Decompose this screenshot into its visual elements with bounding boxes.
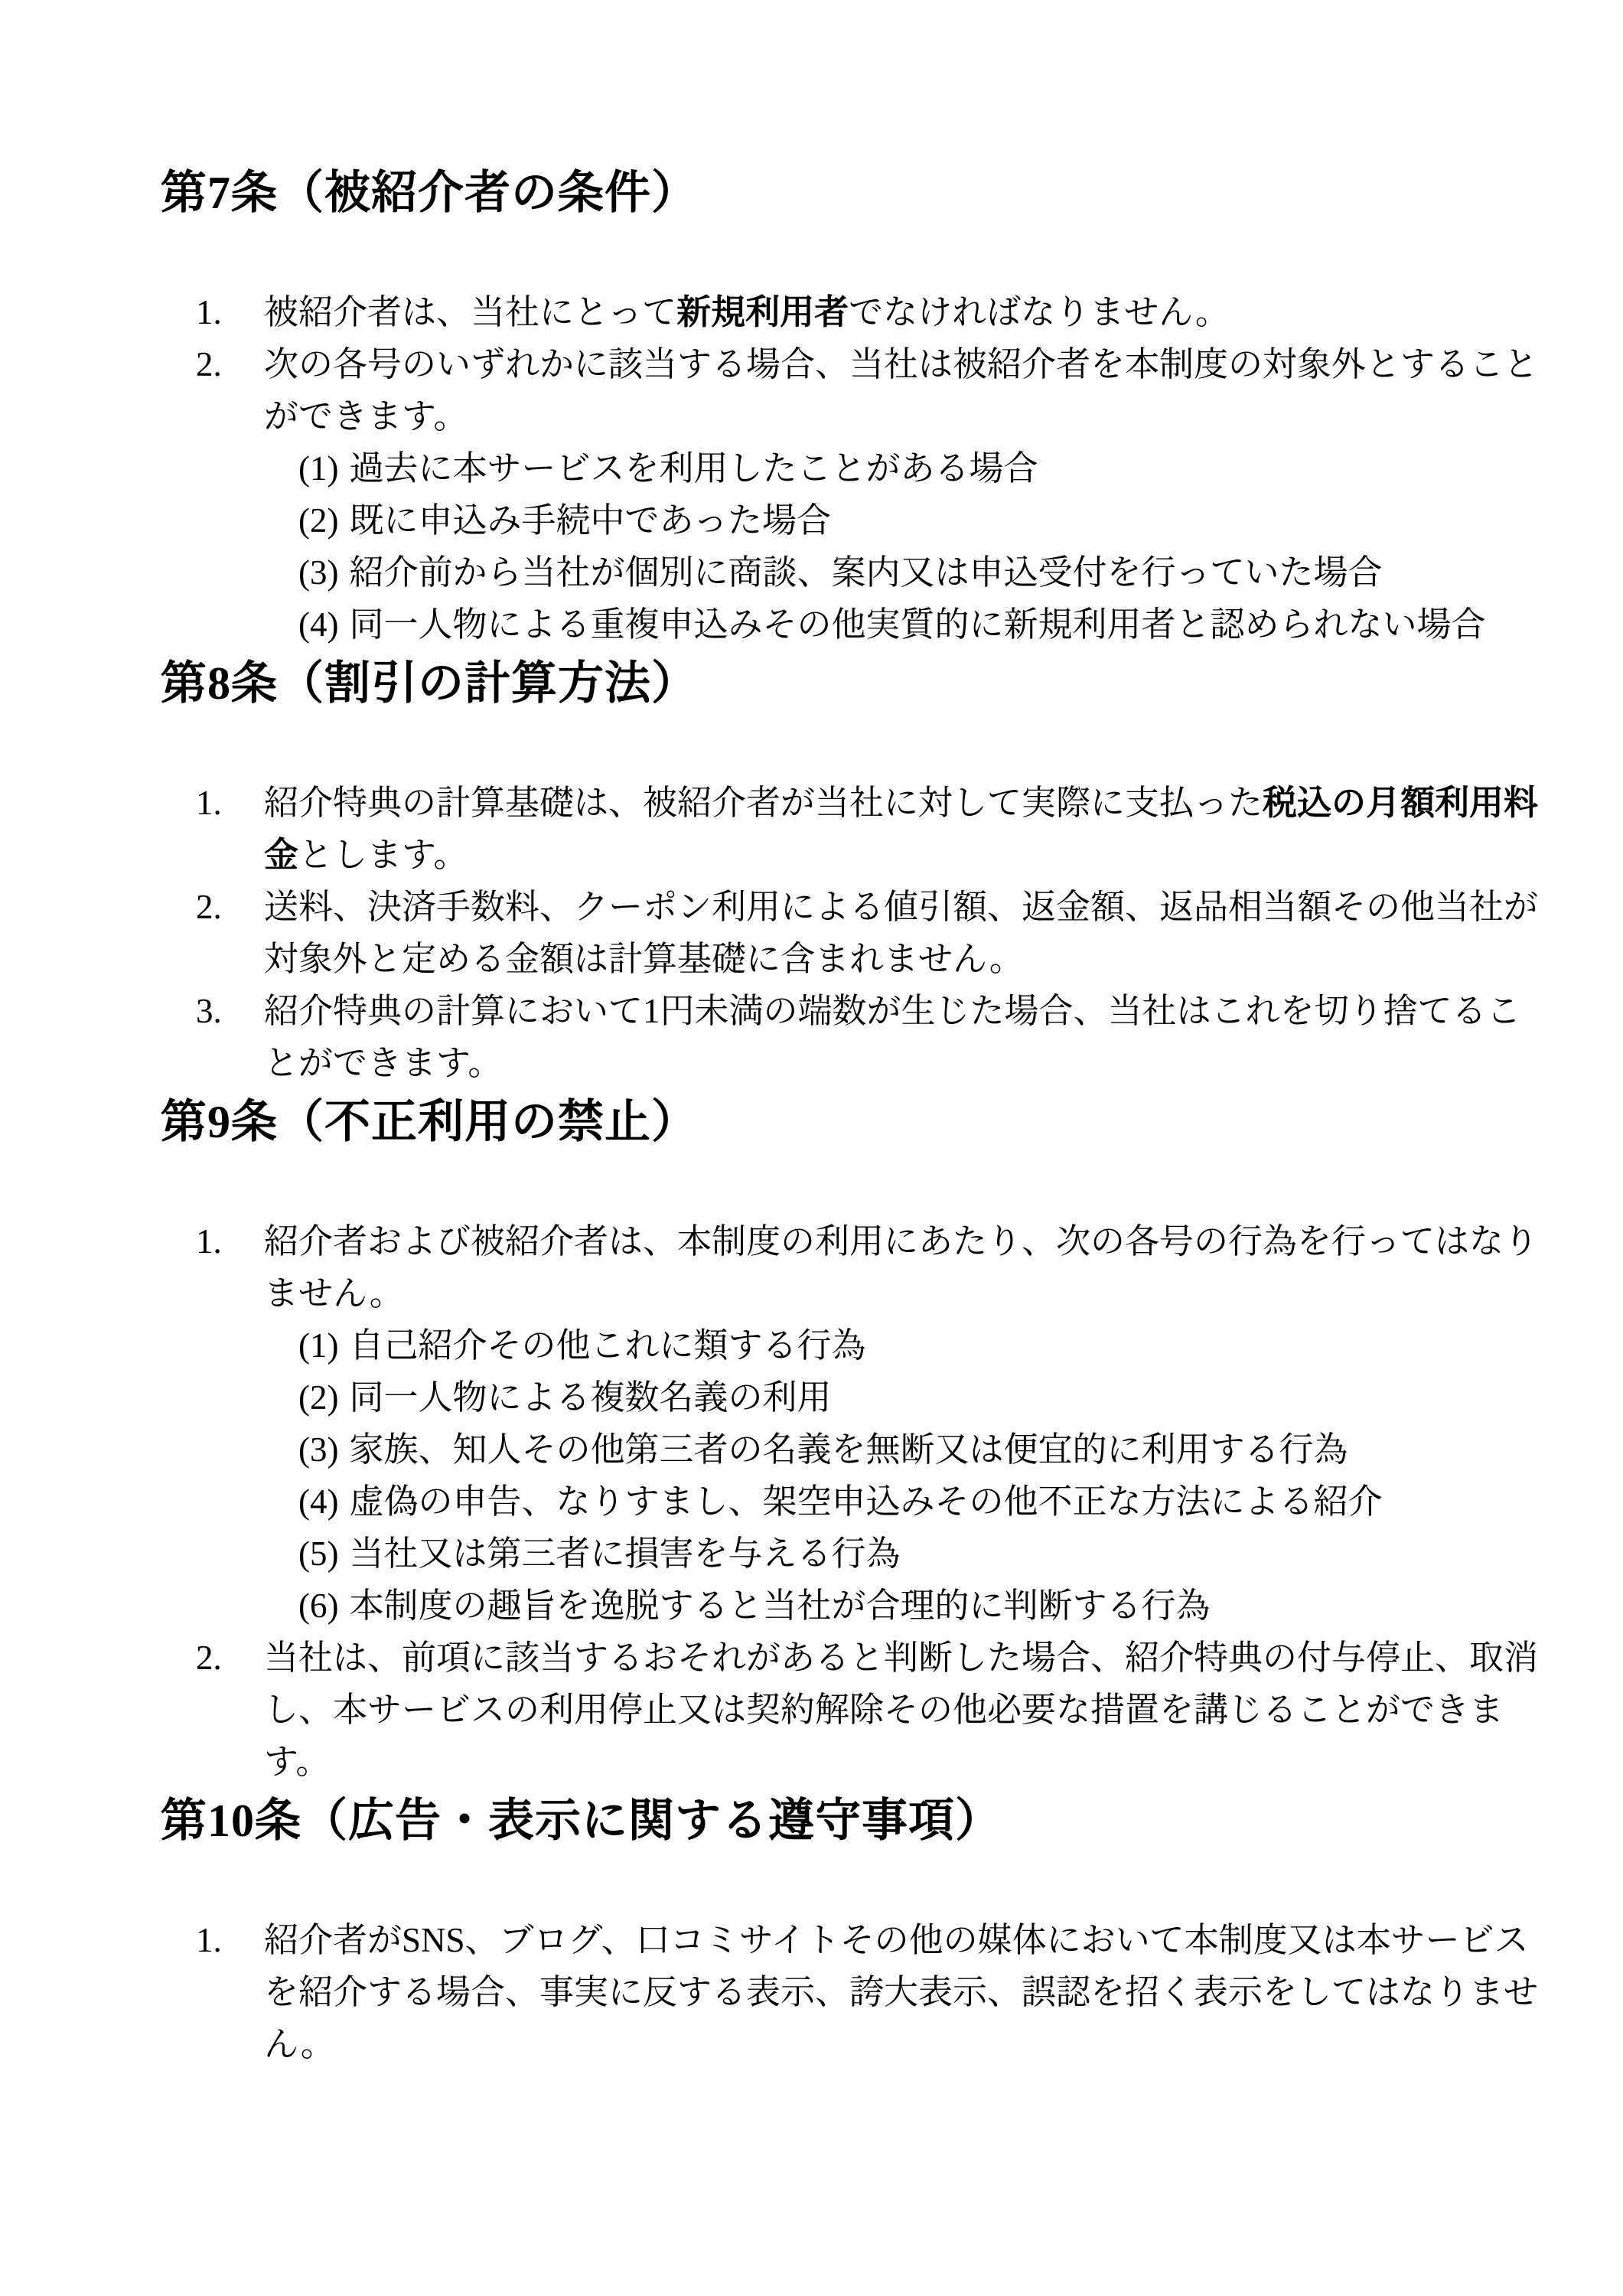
item-number: 1.: [196, 286, 222, 338]
subitem-marker: (1): [298, 1326, 338, 1365]
sub-item: (6)本制度の趣旨を逸脱すると当社が合理的に判断する行為: [264, 1580, 1592, 1632]
bold-text-segment: 新規利用者: [676, 293, 849, 331]
document-page: 第7条（被紹介者の条件）1.被紹介者は、当社にとって新規利用者でなければなりませ…: [0, 0, 1623, 2296]
list-item: 2.次の各号のいずれかに該当する場合、当社は被紹介者を本制度の対象外とすること …: [161, 338, 1592, 651]
item-text: 紹介特典の計算において1円未満の端数が生じた場合、当社はこれを切り捨てるこ とが…: [264, 985, 1592, 1089]
sub-item: (3)紹介前から当社が個別に商談、案内又は申込受付を行っていた場合: [264, 546, 1592, 598]
article-list: 1.紹介者がSNS、ブログ、口コミサイトその他の媒体において本制度又は本サービス…: [161, 1914, 1546, 2070]
subitem-marker: (5): [298, 1534, 338, 1573]
subitem-text: 同一人物による複数名義の利用: [349, 1378, 831, 1417]
subitem-text: 家族、知人その他第三者の名義を無断又は便宜的に利用する行為: [349, 1430, 1348, 1469]
item-number: 1.: [196, 1914, 222, 1966]
article-heading: 第9条（不正利用の禁止）: [161, 1094, 1546, 1151]
sub-item: (1)過去に本サービスを利用したことがある場合: [264, 442, 1592, 494]
sub-item: (5)当社又は第三者に損害を与える行為: [264, 1528, 1592, 1580]
article-section-2: 第8条（割引の計算方法）1.紹介特典の計算基礎は、被紹介者が当社に対して実際に支…: [161, 655, 1546, 1089]
subitem-text: 本制度の趣旨を逸脱すると当社が合理的に判断する行為: [349, 1587, 1210, 1625]
subitem-marker: (2): [298, 1378, 338, 1417]
sub-item: (4)虚偽の申告、なりすまし、架空申込みその他不正な方法による紹介: [264, 1476, 1592, 1528]
article-list: 1.紹介者および被紹介者は、本制度の利用にあたり、次の各号の行為を行ってはなり …: [161, 1215, 1546, 1788]
subitem-text: 自己紹介その他これに類する行為: [349, 1326, 865, 1365]
item-text: 送料、決済手数料、クーポン利用による値引額、返金額、返品相当額その他当社が 対象…: [264, 881, 1592, 985]
text-segment: でなければなりません。: [849, 293, 1230, 331]
article-section-4: 第10条（広告・表示に関する遵守事項）1.紹介者がSNS、ブログ、口コミサイトそ…: [161, 1792, 1546, 2070]
subitem-marker: (3): [298, 1430, 338, 1469]
subitem-marker: (2): [298, 501, 338, 540]
article-heading: 第7条（被紹介者の条件）: [161, 165, 1546, 222]
list-item: 1.紹介者がSNS、ブログ、口コミサイトその他の媒体において本制度又は本サービス…: [161, 1914, 1592, 2070]
list-item: 1.紹介特典の計算基礎は、被紹介者が当社に対して実際に支払った税込の月額利用料 …: [161, 777, 1592, 881]
sub-list: (1)過去に本サービスを利用したことがある場合(2)既に申込み手続中であった場合…: [264, 442, 1592, 651]
item-number: 2.: [196, 338, 222, 390]
subitem-marker: (4): [298, 605, 338, 644]
text-segment: 紹介特典の計算基礎は、被紹介者が当社に対して実際に支払った: [264, 784, 1263, 822]
item-number: 2.: [196, 1632, 222, 1684]
item-text: 紹介者および被紹介者は、本制度の利用にあたり、次の各号の行為を行ってはなり ませ…: [264, 1215, 1592, 1319]
item-number: 1.: [196, 1215, 222, 1267]
list-item: 1.被紹介者は、当社にとって新規利用者でなければなりません。: [161, 286, 1592, 338]
subitem-marker: (1): [298, 449, 338, 488]
article-section-3: 第9条（不正利用の禁止）1.紹介者および被紹介者は、本制度の利用にあたり、次の各…: [161, 1094, 1546, 1788]
item-number: 2.: [196, 881, 222, 933]
item-text: 紹介者がSNS、ブログ、口コミサイトその他の媒体において本制度又は本サービス を…: [264, 1914, 1592, 2070]
text-segment: 紹介者および被紹介者は、本制度の利用にあたり、次の各号の行為を行ってはなり ませ…: [264, 1222, 1538, 1313]
article-section-1: 第7条（被紹介者の条件）1.被紹介者は、当社にとって新規利用者でなければなりませ…: [161, 165, 1546, 651]
subitem-text: 当社又は第三者に損害を与える行為: [349, 1534, 900, 1573]
text-segment: 被紹介者は、当社にとって: [264, 293, 676, 331]
text-segment: 紹介者がSNS、ブログ、口コミサイトその他の媒体において本制度又は本サービス を…: [264, 1921, 1538, 2063]
subitem-text: 同一人物による重複申込みその他実質的に新規利用者と認められない場合: [349, 605, 1485, 644]
text-segment: 送料、決済手数料、クーポン利用による値引額、返金額、返品相当額その他当社が 対象…: [264, 888, 1538, 978]
text-segment: とします。: [298, 836, 468, 874]
subitem-text: 虚偽の申告、なりすまし、架空申込みその他不正な方法による紹介: [349, 1482, 1382, 1521]
sub-item: (2)既に申込み手続中であった場合: [264, 494, 1592, 546]
subitem-marker: (3): [298, 553, 338, 592]
sub-item: (3)家族、知人その他第三者の名義を無断又は便宜的に利用する行為: [264, 1424, 1592, 1476]
list-item: 3.紹介特典の計算において1円未満の端数が生じた場合、当社はこれを切り捨てるこ …: [161, 985, 1592, 1089]
subitem-marker: (6): [298, 1587, 338, 1625]
sub-item: (4)同一人物による重複申込みその他実質的に新規利用者と認められない場合: [264, 598, 1592, 651]
text-segment: 紹介特典の計算において1円未満の端数が生じた場合、当社はこれを切り捨てるこ とが…: [264, 992, 1521, 1082]
text-segment: 当社は、前項に該当するおそれがあると判断した場合、紹介特典の付与停止、取消 し、…: [264, 1639, 1538, 1781]
document-content: 第7条（被紹介者の条件）1.被紹介者は、当社にとって新規利用者でなければなりませ…: [161, 165, 1546, 2070]
list-item: 2.当社は、前項に該当するおそれがあると判断した場合、紹介特典の付与停止、取消 …: [161, 1632, 1592, 1788]
item-text: 被紹介者は、当社にとって新規利用者でなければなりません。: [264, 286, 1592, 338]
subitem-text: 紹介前から当社が個別に商談、案内又は申込受付を行っていた場合: [349, 553, 1382, 592]
item-text: 次の各号のいずれかに該当する場合、当社は被紹介者を本制度の対象外とすること がで…: [264, 338, 1592, 442]
subitem-text: 過去に本サービスを利用したことがある場合: [349, 449, 1038, 488]
sub-item: (2)同一人物による複数名義の利用: [264, 1371, 1592, 1424]
sub-item: (1)自己紹介その他これに類する行為: [264, 1319, 1592, 1371]
article-heading: 第8条（割引の計算方法）: [161, 655, 1546, 713]
article-heading: 第10条（広告・表示に関する遵守事項）: [161, 1792, 1546, 1850]
item-number: 1.: [196, 777, 222, 829]
item-text: 当社は、前項に該当するおそれがあると判断した場合、紹介特典の付与停止、取消 し、…: [264, 1632, 1592, 1788]
list-item: 2.送料、決済手数料、クーポン利用による値引額、返金額、返品相当額その他当社が …: [161, 881, 1592, 985]
sub-list: (1)自己紹介その他これに類する行為(2)同一人物による複数名義の利用(3)家族…: [264, 1319, 1592, 1632]
item-number: 3.: [196, 985, 222, 1037]
article-list: 1.紹介特典の計算基礎は、被紹介者が当社に対して実際に支払った税込の月額利用料 …: [161, 777, 1546, 1089]
text-segment: 次の各号のいずれかに該当する場合、当社は被紹介者を本制度の対象外とすること がで…: [264, 345, 1538, 435]
list-item: 1.紹介者および被紹介者は、本制度の利用にあたり、次の各号の行為を行ってはなり …: [161, 1215, 1592, 1632]
item-text: 紹介特典の計算基礎は、被紹介者が当社に対して実際に支払った税込の月額利用料 金と…: [264, 777, 1592, 881]
article-list: 1.被紹介者は、当社にとって新規利用者でなければなりません。2.次の各号のいずれ…: [161, 286, 1546, 651]
subitem-text: 既に申込み手続中であった場合: [349, 501, 831, 540]
subitem-marker: (4): [298, 1482, 338, 1521]
